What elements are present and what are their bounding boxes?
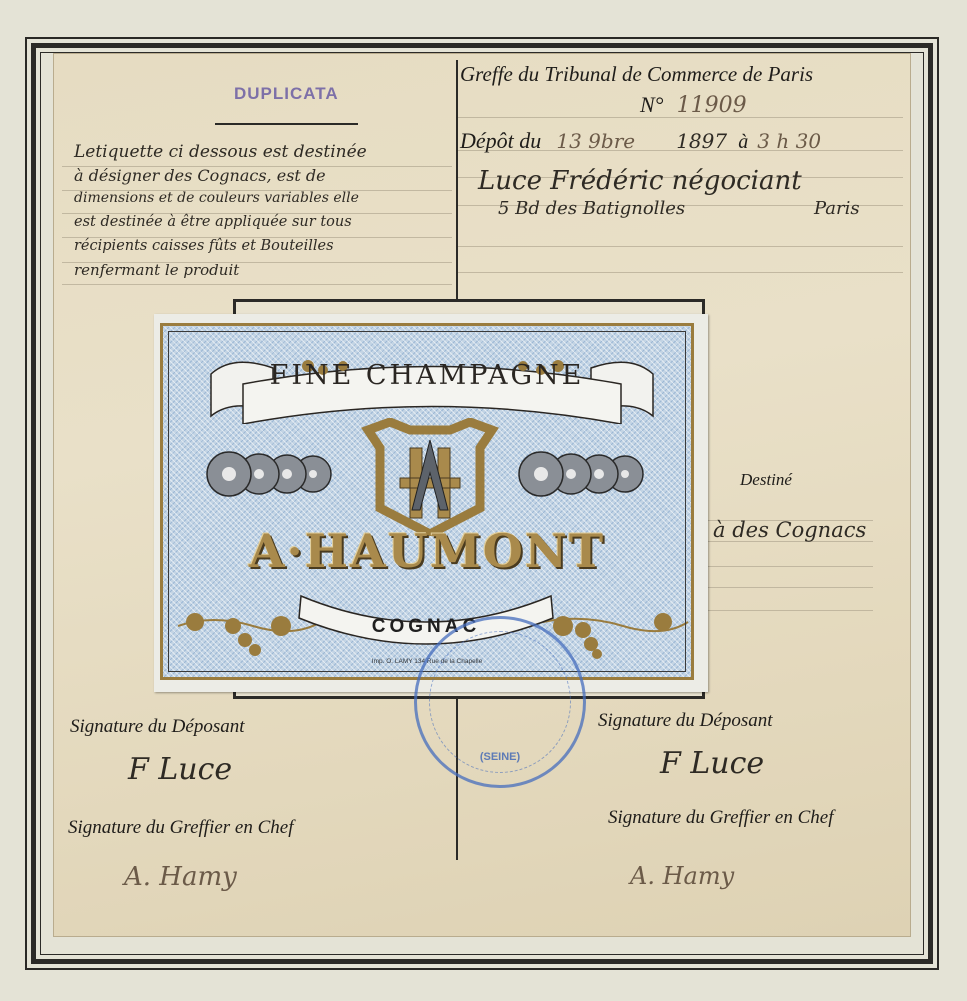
clerk-signature: A. Hamy (630, 862, 734, 890)
deposit-time-label: à (738, 131, 748, 153)
note-line: Letiquette ci dessous est destinée (74, 142, 367, 162)
note-line: dimensions et de couleurs variables elle (74, 190, 359, 206)
deposit-time: 3 h 30 (757, 129, 821, 153)
number-value: 11909 (677, 93, 747, 118)
brand-name: A·HAUMONT (163, 524, 691, 578)
right-medallions-icon (517, 450, 647, 498)
depositor-signature: F Luce (660, 746, 764, 781)
note-line: à désigner des Cognacs, est de (74, 166, 326, 185)
depositor-signature-label: Signature du Déposant (598, 710, 773, 732)
deposit-line: Dépôt du 13 9bre 1897 à 3 h 30 (460, 128, 821, 154)
label-field: FINE CHAMPAGNE A·HAUMONT (160, 323, 694, 680)
destination-label: Destiné (740, 470, 792, 490)
deposit-year: 1897 (676, 129, 727, 153)
depositor-city: Paris (814, 198, 860, 219)
monogram-crest-icon (360, 418, 500, 536)
depositor-signature: F Luce (128, 752, 232, 787)
depositor-signature-label: Signature du Déposant (70, 716, 245, 738)
cognac-label: FINE CHAMPAGNE A·HAUMONT (154, 314, 708, 692)
deposit-date: 13 9bre (556, 129, 635, 153)
depositor-name: Luce Frédéric négociant (478, 166, 802, 196)
deposit-label: Dépôt du (460, 128, 541, 153)
clerk-signature: A. Hamy (124, 862, 237, 892)
seal-text: (SEINE) (417, 751, 583, 763)
left-medallions-icon (205, 450, 335, 498)
top-banner-text: FINE CHAMPAGNE (163, 360, 691, 391)
tribunal-seal: (SEINE) (414, 616, 586, 788)
duplicata-stamp: DUPLICATA (234, 84, 339, 104)
note-line: récipients caisses fûts et Bouteilles (74, 238, 334, 254)
destination-value: à des Cognacs (713, 518, 866, 542)
duplicata-underline (215, 123, 358, 125)
registry-title: Greffe du Tribunal de Commerce de Paris (460, 62, 813, 87)
note-line: est destinée à être appliquée sur tous (74, 214, 352, 230)
note-line: renfermant le produit (74, 261, 239, 279)
depositor-address: 5 Bd des Batignolles (498, 198, 685, 219)
clerk-signature-label: Signature du Greffier en Chef (608, 807, 834, 829)
number-label: N° (640, 92, 663, 117)
clerk-signature-label: Signature du Greffier en Chef (68, 817, 294, 839)
registration-number: N° 11909 (640, 92, 747, 118)
